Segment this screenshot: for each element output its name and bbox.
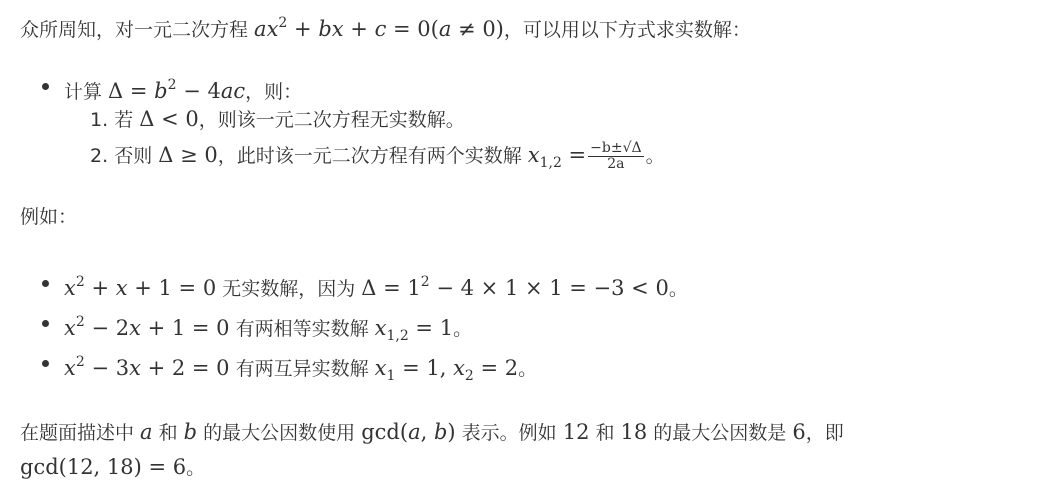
- quadratic-equation: ax2 + bx + c = 0(a ≠ 0): [254, 17, 504, 41]
- problem-statement: 众所周知，对一元二次方程 ax2 + bx + c = 0(a ≠ 0)，可以用…: [0, 0, 1060, 490]
- var-a: a: [140, 420, 153, 444]
- number: 18: [621, 420, 648, 444]
- example-item-3: x2 − 3x + 2 = 0 有两互异实数解 x1 = 1, x2 = 2。: [64, 347, 537, 391]
- gcd-note-line-2: gcd(12, 18) = 6。: [20, 452, 205, 483]
- step-formula: Δ < 0: [139, 107, 198, 131]
- example-end: 。: [518, 358, 537, 380]
- method-suffix: ，则：: [245, 81, 302, 103]
- step-2: 2. 否则 Δ ≥ 0，此时该一元二次方程有两个实数解 x1,2 =−b±√Δ2…: [90, 140, 665, 178]
- method-prefix: 计算: [64, 81, 108, 103]
- fraction-denominator: 2a: [588, 157, 643, 172]
- gcd-text: 在题面描述中: [20, 422, 140, 444]
- example-text: 有两互异实数解: [230, 358, 375, 380]
- bullet-icon: [42, 83, 49, 90]
- step-1: 1. 若 Δ < 0，则该一元二次方程无实数解。: [90, 104, 465, 135]
- example-reason: Δ = 12 − 4 × 1 × 1 = −3 < 0: [361, 276, 669, 300]
- gcd-text: 和: [589, 422, 620, 444]
- gcd-text: 。: [186, 457, 205, 479]
- intro-text-before: 众所周知，对一元二次方程: [20, 19, 254, 41]
- step-number: 2.: [90, 145, 108, 167]
- var-b: b: [184, 420, 197, 444]
- intro-text-after: ，可以用以下方式求实数解：: [504, 19, 751, 41]
- step-text-after: ，则该一元二次方程无实数解。: [199, 109, 465, 131]
- discriminant-formula: Δ = b2 − 4ac: [108, 79, 245, 103]
- gcd-text: 表示。例如: [456, 422, 563, 444]
- gcd-text: 的最大公因数使用: [197, 422, 361, 444]
- solution-lhs: x1,2 =: [528, 143, 586, 167]
- example-equation: x2 − 2x + 1 = 0: [64, 316, 230, 340]
- method-bullet: 计算 Δ = b2 − 4ac，则：: [64, 70, 302, 107]
- number: 6: [792, 420, 805, 444]
- fraction-numerator: −b±√Δ: [588, 141, 643, 157]
- gcd-expression: gcd(a, b): [361, 420, 455, 444]
- step-number: 1.: [90, 109, 108, 131]
- example-item-2: x2 − 2x + 1 = 0 有两相等实数解 x1,2 = 1。: [64, 307, 472, 351]
- bullet-icon: [42, 280, 49, 287]
- bullet-icon: [42, 360, 49, 367]
- step-text-mid: ，此时该一元二次方程有两个实数解: [218, 145, 528, 167]
- gcd-text: ，即: [806, 422, 844, 444]
- example-reason: x1,2 = 1: [375, 316, 453, 340]
- number: 12: [563, 420, 590, 444]
- step-text-before: 若: [114, 109, 139, 131]
- example-text: 有两相等实数解: [230, 318, 375, 340]
- examples-heading: 例如：: [20, 202, 77, 232]
- example-end: 。: [669, 278, 688, 300]
- example-end: 。: [453, 318, 472, 340]
- intro-paragraph: 众所周知，对一元二次方程 ax2 + bx + c = 0(a ≠ 0)，可以用…: [20, 8, 751, 45]
- step-text-before: 否则: [114, 145, 158, 167]
- example-equation: x2 − 3x + 2 = 0: [64, 356, 230, 380]
- gcd-note-line-1: 在题面描述中 a 和 b 的最大公因数使用 gcd(a, b) 表示。例如 12…: [20, 417, 844, 448]
- gcd-example-expression: gcd(12, 18) = 6: [20, 455, 186, 479]
- step-formula: Δ ≥ 0: [158, 143, 217, 167]
- example-reason: x1 = 1, x2 = 2: [375, 356, 519, 380]
- step-text-after: 。: [646, 145, 665, 167]
- bullet-icon: [42, 320, 49, 327]
- gcd-text: 和: [153, 422, 184, 444]
- example-equation: x2 + x + 1 = 0: [64, 276, 216, 300]
- example-item-1: x2 + x + 1 = 0 无实数解，因为 Δ = 12 − 4 × 1 × …: [64, 267, 688, 304]
- root-fraction: −b±√Δ2a: [588, 141, 643, 172]
- example-text: 无实数解，因为: [216, 278, 361, 300]
- gcd-text: 的最大公因数是: [647, 422, 792, 444]
